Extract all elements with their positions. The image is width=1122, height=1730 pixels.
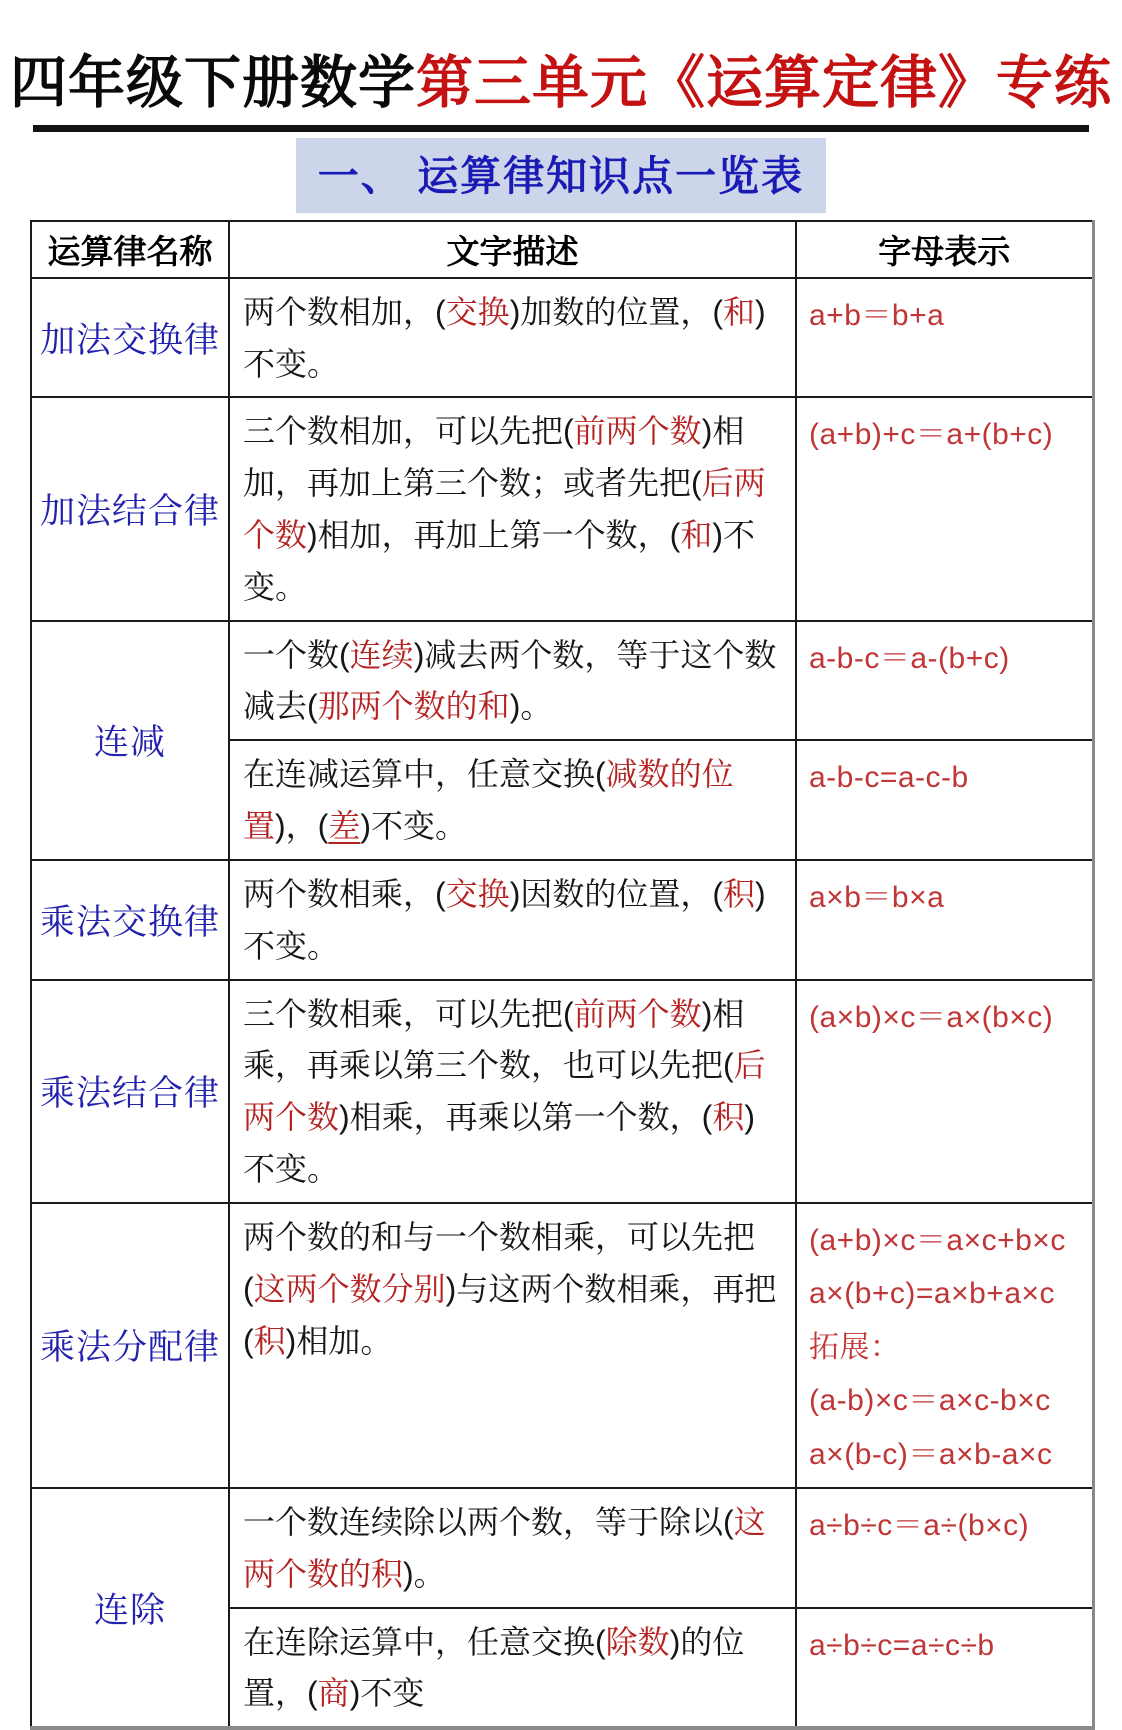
law-formula-cell: a-b-c=a-c-b — [796, 740, 1093, 860]
table-row: 加法结合律 三个数相加，可以先把(前两个数)相加，再加上第三个数；或者先把(后两… — [31, 397, 1093, 620]
formula-line: a÷b÷c＝a÷(b×c) — [809, 1499, 1088, 1552]
law-desc-cell: 三个数相加，可以先把(前两个数)相加，再加上第三个数；或者先把(后两个数)相加，… — [229, 397, 796, 620]
law-desc-cell: 三个数相乘，可以先把(前两个数)相乘，再乘以第三个数，也可以先把(后两个数)相乘… — [229, 980, 796, 1203]
desc-emphasis: 积 — [723, 876, 755, 912]
law-formula-cell: a×b＝b×a — [796, 860, 1093, 980]
formula-line: (a-b)×c＝a×c-b×c — [809, 1374, 1088, 1427]
law-formula-cell: (a+b)+c＝a+(b+c) — [796, 397, 1093, 620]
desc-emphasis: 和 — [723, 294, 755, 330]
section-heading: 一、 运算律知识点一览表 — [296, 138, 826, 213]
desc-emphasis: 连续 — [350, 637, 414, 673]
law-name-addition-commutative: 加法交换律 — [31, 278, 229, 398]
law-name-serial-division: 连除 — [31, 1488, 229, 1728]
desc-text: )相加，再加上第一个数，( — [307, 517, 680, 553]
law-desc-cell: 两个数相加，(交换)加数的位置，(和)不变。 — [229, 278, 796, 398]
law-name-serial-subtraction: 连减 — [31, 621, 229, 860]
formula-line: 拓展： — [809, 1321, 1088, 1374]
desc-text: 三个数相加，可以先把( — [243, 413, 574, 449]
law-formula-cell: a+b＝b+a — [796, 278, 1093, 398]
col-header-formula: 字母表示 — [796, 221, 1093, 278]
desc-text: )相乘，再乘以第一个数，( — [339, 1099, 712, 1135]
formula-line: (a+b)+c＝a+(b+c) — [809, 408, 1088, 461]
law-desc-cell: 一个数连续除以两个数，等于除以(这两个数的积)。 — [229, 1488, 796, 1608]
law-desc-cell: 在连除运算中，任意交换(除数)的位置，(商)不变 — [229, 1608, 796, 1729]
desc-text: )不变。 — [360, 808, 467, 844]
law-desc-cell: 一个数(连续)减去两个数，等于这个数减去(那两个数的和)。 — [229, 621, 796, 741]
law-name-multiplication-commutative: 乘法交换律 — [31, 860, 229, 980]
desc-text: )因数的位置，( — [510, 876, 723, 912]
title-red-part: 第三单元《运算定律》专练 — [416, 51, 1112, 115]
law-desc-cell: 在连减运算中，任意交换(减数的位置)，(差)不变。 — [229, 740, 796, 860]
law-name-multiplication-associative: 乘法结合律 — [31, 980, 229, 1203]
desc-emphasis: 积 — [254, 1323, 286, 1359]
law-name-addition-associative: 加法结合律 — [31, 397, 229, 620]
desc-text: 在连减运算中，任意交换( — [243, 756, 606, 792]
col-header-law-name: 运算律名称 — [31, 221, 229, 278]
formula-line: a÷b÷c=a÷c÷b — [809, 1619, 1088, 1672]
law-formula-cell: a÷b÷c=a÷c÷b — [796, 1608, 1093, 1729]
desc-emphasis-underlined: 差 — [328, 808, 360, 844]
law-desc-cell: 两个数的和与一个数相乘，可以先把(这两个数分别)与这两个数相乘，再把(积)相加。 — [229, 1203, 796, 1488]
desc-emphasis: 和 — [680, 517, 712, 553]
desc-text: )相加。 — [286, 1323, 393, 1359]
formula-line: (a×b)×c＝a×(b×c) — [809, 991, 1088, 1044]
desc-emphasis: 前两个数 — [574, 996, 702, 1032]
desc-text: 两个数相乘，( — [243, 876, 446, 912]
desc-emphasis: 交换 — [446, 294, 510, 330]
formula-line: a-b-c=a-c-b — [809, 751, 1088, 804]
desc-text: )加数的位置，( — [510, 294, 723, 330]
desc-emphasis: 这两个数分别 — [254, 1271, 446, 1307]
formula-line: (a+b)×c＝a×c+b×c — [809, 1214, 1088, 1267]
desc-emphasis: 交换 — [446, 876, 510, 912]
desc-text: )，( — [275, 808, 328, 844]
formula-line: a+b＝b+a — [809, 289, 1088, 342]
law-formula-cell: (a+b)×c＝a×c+b×c a×(b+c)=a×b+a×c 拓展： (a-b… — [796, 1203, 1093, 1488]
title-double-underline — [33, 125, 1089, 132]
desc-emphasis: 商 — [318, 1675, 350, 1711]
desc-text: )不变 — [350, 1675, 425, 1711]
law-name-multiplication-distributive: 乘法分配律 — [31, 1203, 229, 1488]
worksheet-page: 四年级下册数学第三单元《运算定律》专练 一、 运算律知识点一览表 运算律名称 文… — [0, 0, 1122, 1730]
table-row: 乘法交换律 两个数相乘，(交换)因数的位置，(积)不变。 a×b＝b×a — [31, 860, 1093, 980]
formula-line: a×b＝b×a — [809, 871, 1088, 924]
table-row: 连除 一个数连续除以两个数，等于除以(这两个数的积)。 a÷b÷c＝a÷(b×c… — [31, 1488, 1093, 1608]
table-row: 乘法结合律 三个数相乘，可以先把(前两个数)相乘，再乘以第三个数，也可以先把(后… — [31, 980, 1093, 1203]
desc-emphasis: 那两个数的和 — [318, 688, 510, 724]
law-desc-cell: 两个数相乘，(交换)因数的位置，(积)不变。 — [229, 860, 796, 980]
operation-laws-table: 运算律名称 文字描述 字母表示 加法交换律 两个数相加，(交换)加数的位置，(和… — [30, 220, 1095, 1730]
title-black-part: 四年级下册数学 — [10, 51, 416, 115]
desc-text: 一个数连续除以两个数，等于除以( — [243, 1504, 734, 1540]
law-formula-cell: (a×b)×c＝a×(b×c) — [796, 980, 1093, 1203]
col-header-description: 文字描述 — [229, 221, 796, 278]
desc-text: 三个数相乘，可以先把( — [243, 996, 574, 1032]
formula-line: a×(b+c)=a×b+a×c — [809, 1267, 1088, 1320]
desc-text: )。 — [510, 688, 553, 724]
desc-emphasis: 积 — [712, 1099, 744, 1135]
section-heading-row: 一、 运算律知识点一览表 — [0, 138, 1122, 213]
table-row: 连减 一个数(连续)减去两个数，等于这个数减去(那两个数的和)。 a-b-c＝a… — [31, 621, 1093, 741]
page-title: 四年级下册数学第三单元《运算定律》专练 — [0, 52, 1122, 115]
law-formula-cell: a÷b÷c＝a÷(b×c) — [796, 1488, 1093, 1608]
desc-text: 两个数相加，( — [243, 294, 446, 330]
formula-line: a-b-c＝a-(b+c) — [809, 632, 1088, 685]
table-header-row: 运算律名称 文字描述 字母表示 — [31, 221, 1093, 278]
law-formula-cell: a-b-c＝a-(b+c) — [796, 621, 1093, 741]
formula-line: a×(b-c)＝a×b-a×c — [809, 1428, 1088, 1481]
desc-emphasis: 前两个数 — [574, 413, 702, 449]
desc-text: 在连除运算中，任意交换( — [243, 1624, 606, 1660]
desc-text: 一个数( — [243, 637, 350, 673]
table-row: 乘法分配律 两个数的和与一个数相乘，可以先把(这两个数分别)与这两个数相乘，再把… — [31, 1203, 1093, 1488]
table-row: 加法交换律 两个数相加，(交换)加数的位置，(和)不变。 a+b＝b+a — [31, 278, 1093, 398]
desc-emphasis: 除数 — [606, 1624, 670, 1660]
desc-text: )。 — [403, 1556, 446, 1592]
